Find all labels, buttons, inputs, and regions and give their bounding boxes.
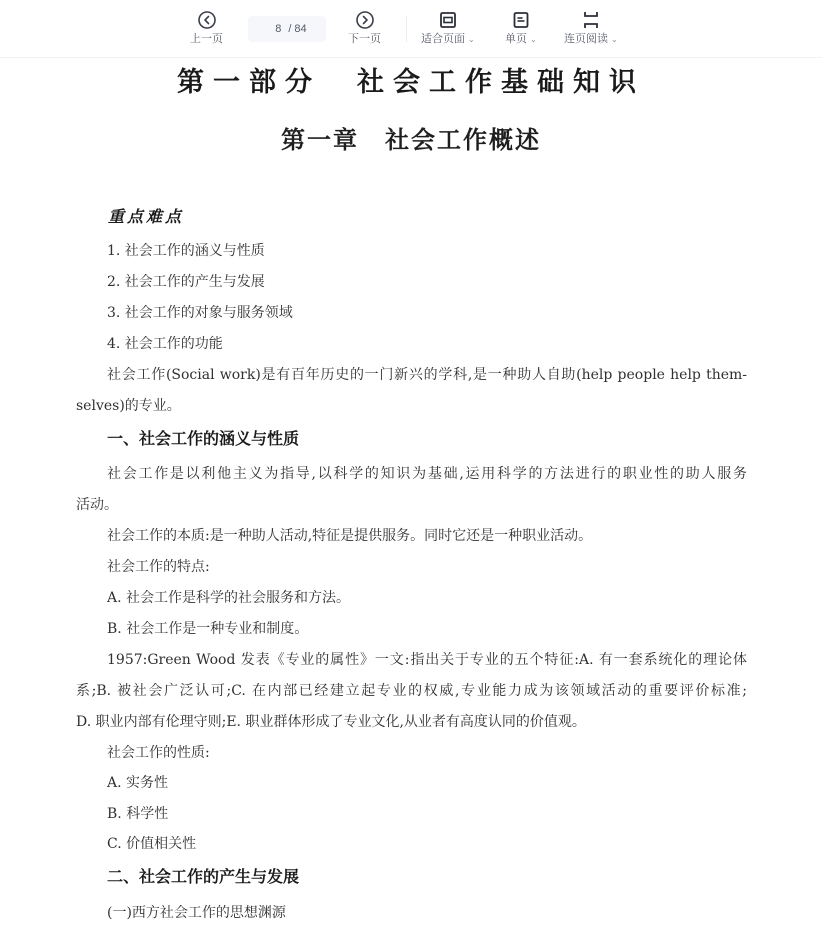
chevron-down-icon: ⌄: [611, 35, 618, 44]
document-page: 第一部分 社会工作基础知识 第一章 社会工作概述 重点难点 1. 社会工作的涵义…: [0, 58, 822, 928]
key-points-heading: 重点难点: [108, 208, 184, 226]
current-page-input[interactable]: [267, 23, 281, 35]
chevron-down-icon: ⌄: [530, 35, 537, 44]
fit-page-dropdown[interactable]: 适合页面⌄: [421, 10, 475, 47]
single-page-icon: [511, 10, 531, 30]
fit-page-label: 适合页面: [421, 32, 465, 45]
fit-page-icon: [438, 10, 458, 30]
single-page-dropdown[interactable]: 单页⌄: [505, 10, 537, 47]
continuous-read-icon: [581, 10, 601, 30]
chevron-down-icon: ⌄: [468, 35, 475, 44]
single-page-label: 单页: [505, 32, 527, 45]
greenwood-paragraph-line: 系;B. 被社会广泛认可;C. 在内部已经建立起专业的权威,专业能力成为该领域活…: [76, 682, 747, 700]
single-page-label-wrap: 单页⌄: [505, 32, 537, 47]
definition-paragraph-line: 社会工作是以利他主义为指导,以科学的知识为基础,运用科学的方法进行的职业性的助人…: [107, 465, 747, 483]
nature-item: A. 实务性: [107, 774, 168, 792]
continuous-read-dropdown[interactable]: 连页阅读⌄: [564, 10, 618, 47]
section-heading: 一、社会工作的涵义与性质: [107, 430, 299, 448]
fit-page-label-wrap: 适合页面⌄: [421, 32, 475, 47]
part-title: 第一部分 社会工作基础知识: [0, 60, 822, 99]
chevron-right-circle-icon: [355, 10, 375, 30]
greenwood-paragraph-line: 1957:Green Wood 发表《专业的属性》一文:指出关于专业的五个特征:…: [107, 651, 747, 669]
nature-label: 社会工作的性质:: [107, 744, 210, 762]
feature-item: A. 社会工作是科学的社会服务和方法。: [107, 589, 350, 607]
continuous-read-label: 连页阅读: [564, 32, 608, 45]
key-point-item: 4. 社会工作的功能: [107, 335, 223, 353]
chapter-title: 第一章 社会工作概述: [0, 120, 822, 155]
reader-toolbar: 上一页 / 84 下一页 适合页面⌄ 单页⌄ 连页阅读⌄: [0, 0, 822, 58]
next-page-label: 下一页: [348, 32, 381, 46]
prev-page-button[interactable]: 上一页: [190, 10, 223, 46]
next-page-button[interactable]: 下一页: [348, 10, 381, 46]
toolbar-divider: [406, 16, 407, 42]
intro-paragraph-line: selves)的专业。: [76, 397, 181, 415]
total-pages: / 84: [288, 23, 306, 35]
nature-item: B. 科学性: [107, 805, 168, 823]
feature-item: B. 社会工作是一种专业和制度。: [107, 620, 308, 638]
nature-item: C. 价值相关性: [107, 835, 196, 853]
key-point-item: 3. 社会工作的对象与服务领域: [107, 304, 293, 322]
key-point-item: 1. 社会工作的涵义与性质: [107, 242, 265, 260]
key-point-item: 2. 社会工作的产生与发展: [107, 273, 265, 291]
subsection-heading: (一)西方社会工作的思想渊源: [107, 904, 286, 922]
section-heading: 二、社会工作的产生与发展: [107, 868, 299, 886]
definition-paragraph-line: 活动。: [76, 496, 118, 514]
chevron-left-circle-icon: [197, 10, 217, 30]
greenwood-paragraph-line: D. 职业内部有伦理守则;E. 职业群体形成了专业文化,从业者有高度认同的价值观…: [76, 713, 586, 731]
continuous-read-label-wrap: 连页阅读⌄: [564, 32, 618, 47]
essence-paragraph: 社会工作的本质:是一种助人活动,特征是提供服务。同时它还是一种职业活动。: [107, 527, 592, 545]
intro-paragraph-line: 社会工作(Social work)是有百年历史的一门新兴的学科,是一种助人自助(…: [107, 366, 747, 384]
page-number-box[interactable]: / 84: [248, 16, 326, 42]
prev-page-label: 上一页: [190, 32, 223, 46]
features-label: 社会工作的特点:: [107, 558, 210, 576]
